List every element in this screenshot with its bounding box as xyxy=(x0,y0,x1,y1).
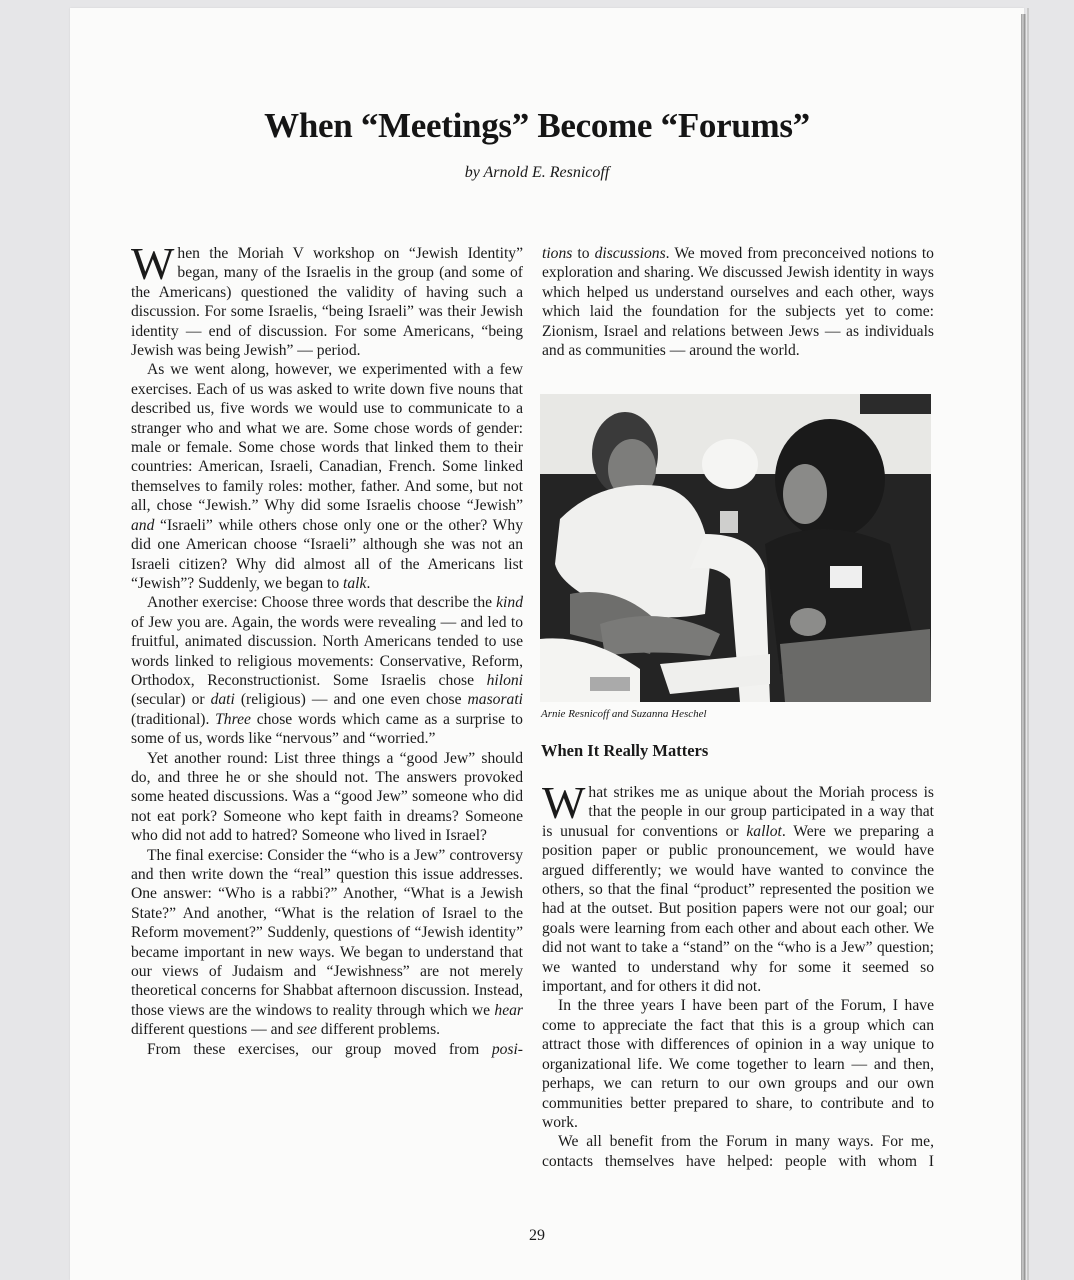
paragraph: Another exercise: Choose three words tha… xyxy=(131,593,523,748)
paragraph: We all benefit from the Forum in many wa… xyxy=(542,1132,934,1171)
paragraph: When the Moriah V workshop on “Jewish Id… xyxy=(131,244,523,360)
paragraph: From these exercises, our group moved fr… xyxy=(131,1040,523,1059)
paragraph: tions to discussions. We moved from prec… xyxy=(542,244,934,360)
drop-cap: W xyxy=(131,246,174,282)
paragraph: As we went along, however, we experiment… xyxy=(131,360,523,593)
paragraph: Yet another round: List three things a “… xyxy=(131,749,523,846)
page-number: 29 xyxy=(0,1227,1074,1245)
left-column: When the Moriah V workshop on “Jewish Id… xyxy=(131,244,523,1059)
right-column-top: tions to discussions. We moved from prec… xyxy=(542,244,934,360)
photo-caption: Arnie Resnicoff and Suzanna Heschel xyxy=(541,708,707,720)
paragraph: In the three years I have been part of t… xyxy=(542,996,934,1132)
page-binding-edge xyxy=(1021,14,1026,1280)
article-title: When “Meetings” Become “Forums” xyxy=(0,106,1074,146)
article-photo xyxy=(540,394,931,702)
right-column-bottom: What strikes me as unique about the Mori… xyxy=(542,783,934,1171)
article-byline: by Arnold E. Resnicoff xyxy=(0,164,1074,182)
drop-cap: W xyxy=(542,785,585,821)
page-binding-shadow xyxy=(1027,8,1029,1280)
photo-illustration xyxy=(540,394,931,702)
paragraph: The final exercise: Consider the “who is… xyxy=(131,846,523,1040)
section-heading: When It Really Matters xyxy=(541,741,708,761)
paragraph: What strikes me as unique about the Mori… xyxy=(542,783,934,996)
